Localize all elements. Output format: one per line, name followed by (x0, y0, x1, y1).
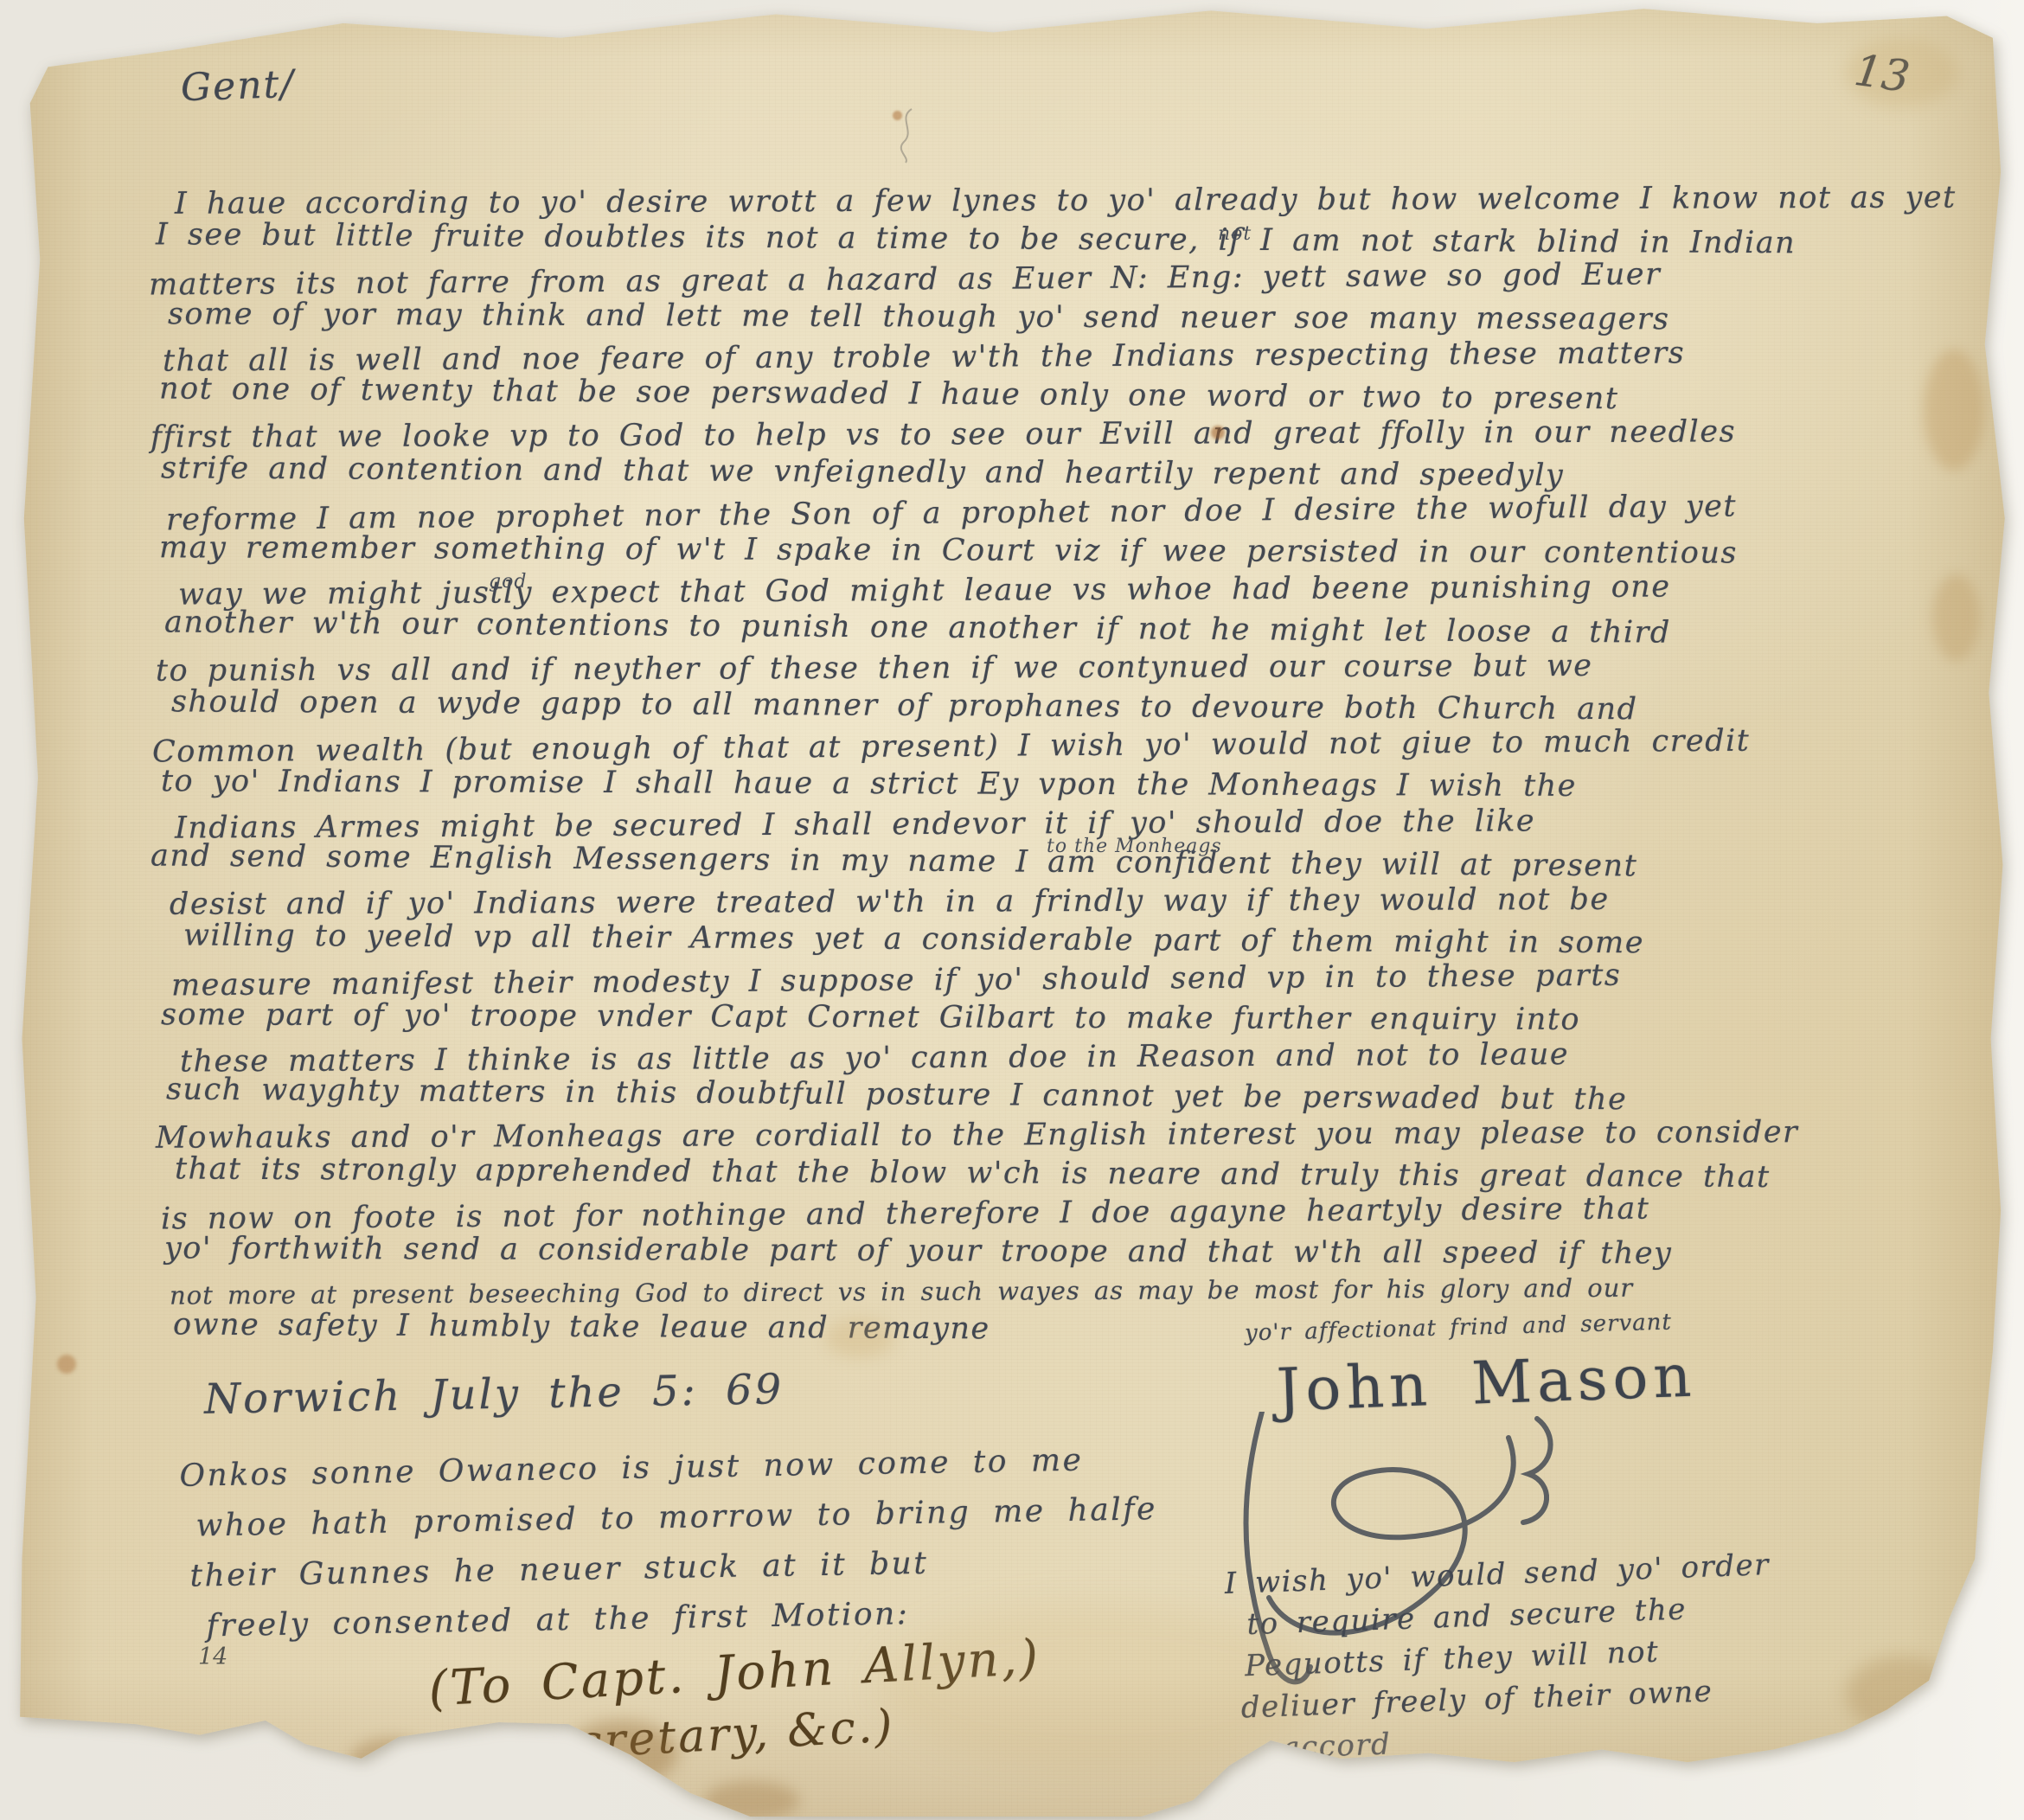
salutation: Gent/ (180, 62, 296, 111)
letter-body: I haue according to yo' desire wrott a f… (149, 182, 2017, 1349)
stain (57, 1355, 76, 1374)
stain (1846, 1656, 1958, 1733)
interlineation: to the Monheags (1047, 836, 1222, 857)
marginal-note: I wish yo' would send yo' order to requi… (1224, 1544, 1776, 1771)
manuscript-page: Gent/ 13 I haue according to yo' desire … (12, 3, 2007, 1817)
stain (704, 1781, 799, 1820)
address-docket: (To Capt. John Allyn,) Secretary, &c.) (427, 1630, 1045, 1777)
pencil-number: 14 (198, 1644, 227, 1670)
pencil-squiggle (893, 106, 922, 166)
stain (349, 1738, 432, 1785)
photograph-backing: { "document": { "heading": "Gent/", "pag… (0, 0, 2024, 1820)
manuscript-photo: Gent/ 13 I haue according to yo' desire … (0, 0, 2024, 1820)
page-number: 13 (1851, 45, 1912, 102)
interlineation: not (1218, 223, 1252, 245)
postscript: Onkos sonne Owaneco is just now come to … (179, 1434, 1159, 1652)
interlineation: god (489, 571, 527, 593)
manuscript-line: owne safety I humbly take leaue and rema… (173, 1305, 2017, 1354)
dateline: Norwich July the 5: 69 (204, 1365, 785, 1424)
